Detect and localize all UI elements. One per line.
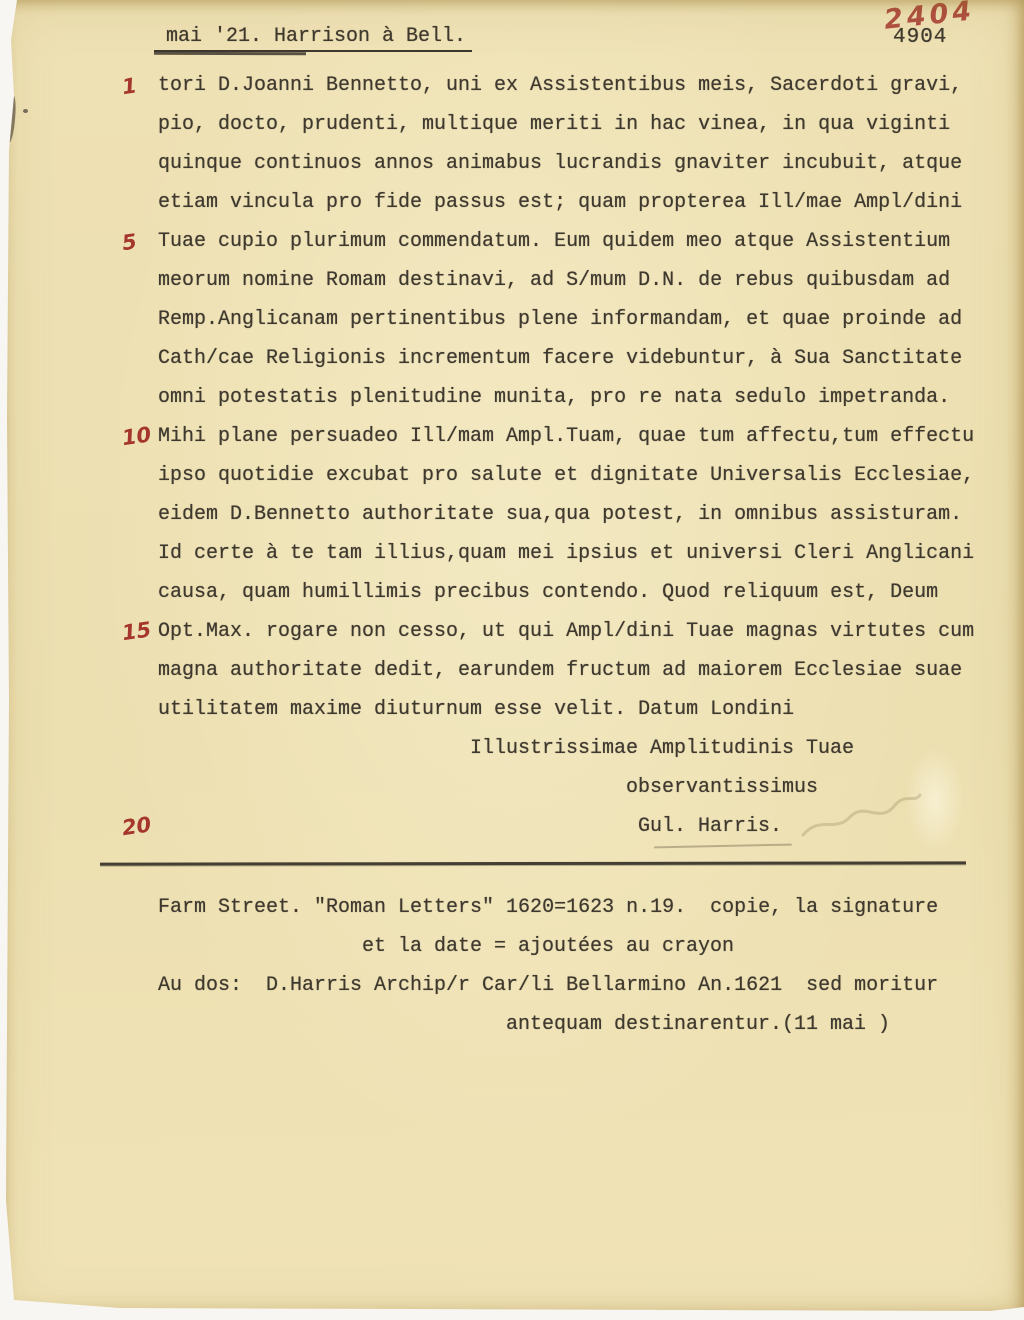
line-text: magna authoritate dedit, earundem fructu… bbox=[158, 659, 962, 682]
footer-line: Farm Street. "Roman Letters" 1620=1623 n… bbox=[158, 888, 988, 927]
letter-line: omni potestatis plenitudine munita, pro … bbox=[158, 378, 988, 417]
left-edge-smudge bbox=[4, 95, 17, 144]
line-number-annotation: 15 bbox=[119, 610, 158, 653]
letter-line: etiam vincula pro fide passus est; quam … bbox=[158, 183, 988, 222]
divider-rule bbox=[100, 861, 966, 865]
line-text: observantissimus bbox=[158, 776, 818, 799]
line-number-annotation: 10 bbox=[119, 415, 158, 458]
footer-line: antequam destinarentur.(11 mai ) bbox=[158, 1005, 988, 1044]
line-text: ipso quotidie excubat pro salute et dign… bbox=[158, 464, 974, 487]
letter-line: Illustrissimae Amplitudinis Tuae bbox=[158, 729, 988, 768]
line-text: utilitatem maxime diuturnum esse velit. … bbox=[158, 698, 794, 721]
letter-line: quinque continuos annos animabus lucrand… bbox=[158, 144, 988, 183]
page-title-text: mai '21. Harrison à Bell. bbox=[154, 25, 472, 52]
typed-page-number: 4904 bbox=[893, 26, 947, 49]
pencil-scribble bbox=[795, 775, 925, 855]
line-text: Opt.Max. rogare non cesso, ut qui Ampl/d… bbox=[158, 620, 974, 643]
footer-notes: Farm Street. "Roman Letters" 1620=1623 n… bbox=[158, 888, 988, 1044]
line-text: Mihi plane persuadeo Ill/mam Ampl.Tuam, … bbox=[158, 425, 974, 448]
line-text: Tuae cupio plurimum commendatum. Eum qui… bbox=[158, 230, 950, 253]
line-text: Illustrissimae Amplitudinis Tuae bbox=[158, 737, 854, 760]
line-text: etiam vincula pro fide passus est; quam … bbox=[158, 191, 962, 214]
line-text: causa, quam humillimis precibus contendo… bbox=[158, 581, 938, 604]
line-text: Cath/cae Religionis incrementum facere v… bbox=[158, 347, 962, 370]
line-number-annotation: 20 bbox=[119, 805, 158, 848]
line-text: meorum nomine Romam destinavi, ad S/mum … bbox=[158, 269, 950, 292]
line-number-annotation: 5 bbox=[119, 220, 158, 263]
line-text: pio, docto, prudenti, multique meriti in… bbox=[158, 113, 950, 136]
letter-line: 5Tuae cupio plurimum commendatum. Eum qu… bbox=[158, 222, 988, 261]
line-text: Remp.Anglicanam pertinentibus plene info… bbox=[158, 308, 962, 331]
letter-line: eidem D.Bennetto authoritate sua,qua pot… bbox=[158, 495, 988, 534]
line-text: quinque continuos annos animabus lucrand… bbox=[158, 152, 962, 175]
letter-line: pio, docto, prudenti, multique meriti in… bbox=[158, 105, 988, 144]
footer-line: Au dos: D.Harris Archip/r Car/li Bellarm… bbox=[158, 966, 988, 1005]
letter-line: Id certe à te tam illius,quam mei ipsius… bbox=[158, 534, 988, 573]
letter-body: 1tori D.Joanni Bennetto, uni ex Assisten… bbox=[158, 66, 988, 846]
letter-line: causa, quam humillimis precibus contendo… bbox=[158, 573, 988, 612]
letter-line: 1tori D.Joanni Bennetto, uni ex Assisten… bbox=[158, 66, 988, 105]
line-text: eidem D.Bennetto authoritate sua,qua pot… bbox=[158, 503, 962, 526]
letter-line: Remp.Anglicanam pertinentibus plene info… bbox=[158, 300, 988, 339]
line-text: et la date = ajoutées au crayon bbox=[158, 935, 734, 958]
line-text: Gul. Harris. bbox=[158, 815, 782, 838]
line-text: tori D.Joanni Bennetto, uni ex Assistent… bbox=[158, 74, 962, 97]
ink-speck bbox=[23, 109, 28, 113]
letter-line: Cath/cae Religionis incrementum facere v… bbox=[158, 339, 988, 378]
line-text: Au dos: D.Harris Archip/r Car/li Bellarm… bbox=[158, 974, 938, 997]
line-number-annotation: 1 bbox=[119, 64, 158, 107]
line-text: antequam destinarentur.(11 mai ) bbox=[158, 1013, 890, 1036]
letter-line: meorum nomine Romam destinavi, ad S/mum … bbox=[158, 261, 988, 300]
line-text: omni potestatis plenitudine munita, pro … bbox=[158, 386, 950, 409]
letter-line: ipso quotidie excubat pro salute et dign… bbox=[158, 456, 988, 495]
line-text: Id certe à te tam illius,quam mei ipsius… bbox=[158, 542, 974, 565]
footer-line: et la date = ajoutées au crayon bbox=[158, 927, 988, 966]
scanned-letter-page: 2404 4904 mai '21. Harrison à Bell. 1tor… bbox=[0, 0, 1024, 1320]
letter-line: magna authoritate dedit, earundem fructu… bbox=[158, 651, 988, 690]
header-underline bbox=[154, 52, 306, 55]
letter-line: 10Mihi plane persuadeo Ill/mam Ampl.Tuam… bbox=[158, 417, 988, 456]
line-text: Farm Street. "Roman Letters" 1620=1623 n… bbox=[158, 896, 938, 919]
page-title: mai '21. Harrison à Bell. bbox=[154, 25, 472, 52]
letter-line: 15Opt.Max. rogare non cesso, ut qui Ampl… bbox=[158, 612, 988, 651]
letter-line: utilitatem maxime diuturnum esse velit. … bbox=[158, 690, 988, 729]
